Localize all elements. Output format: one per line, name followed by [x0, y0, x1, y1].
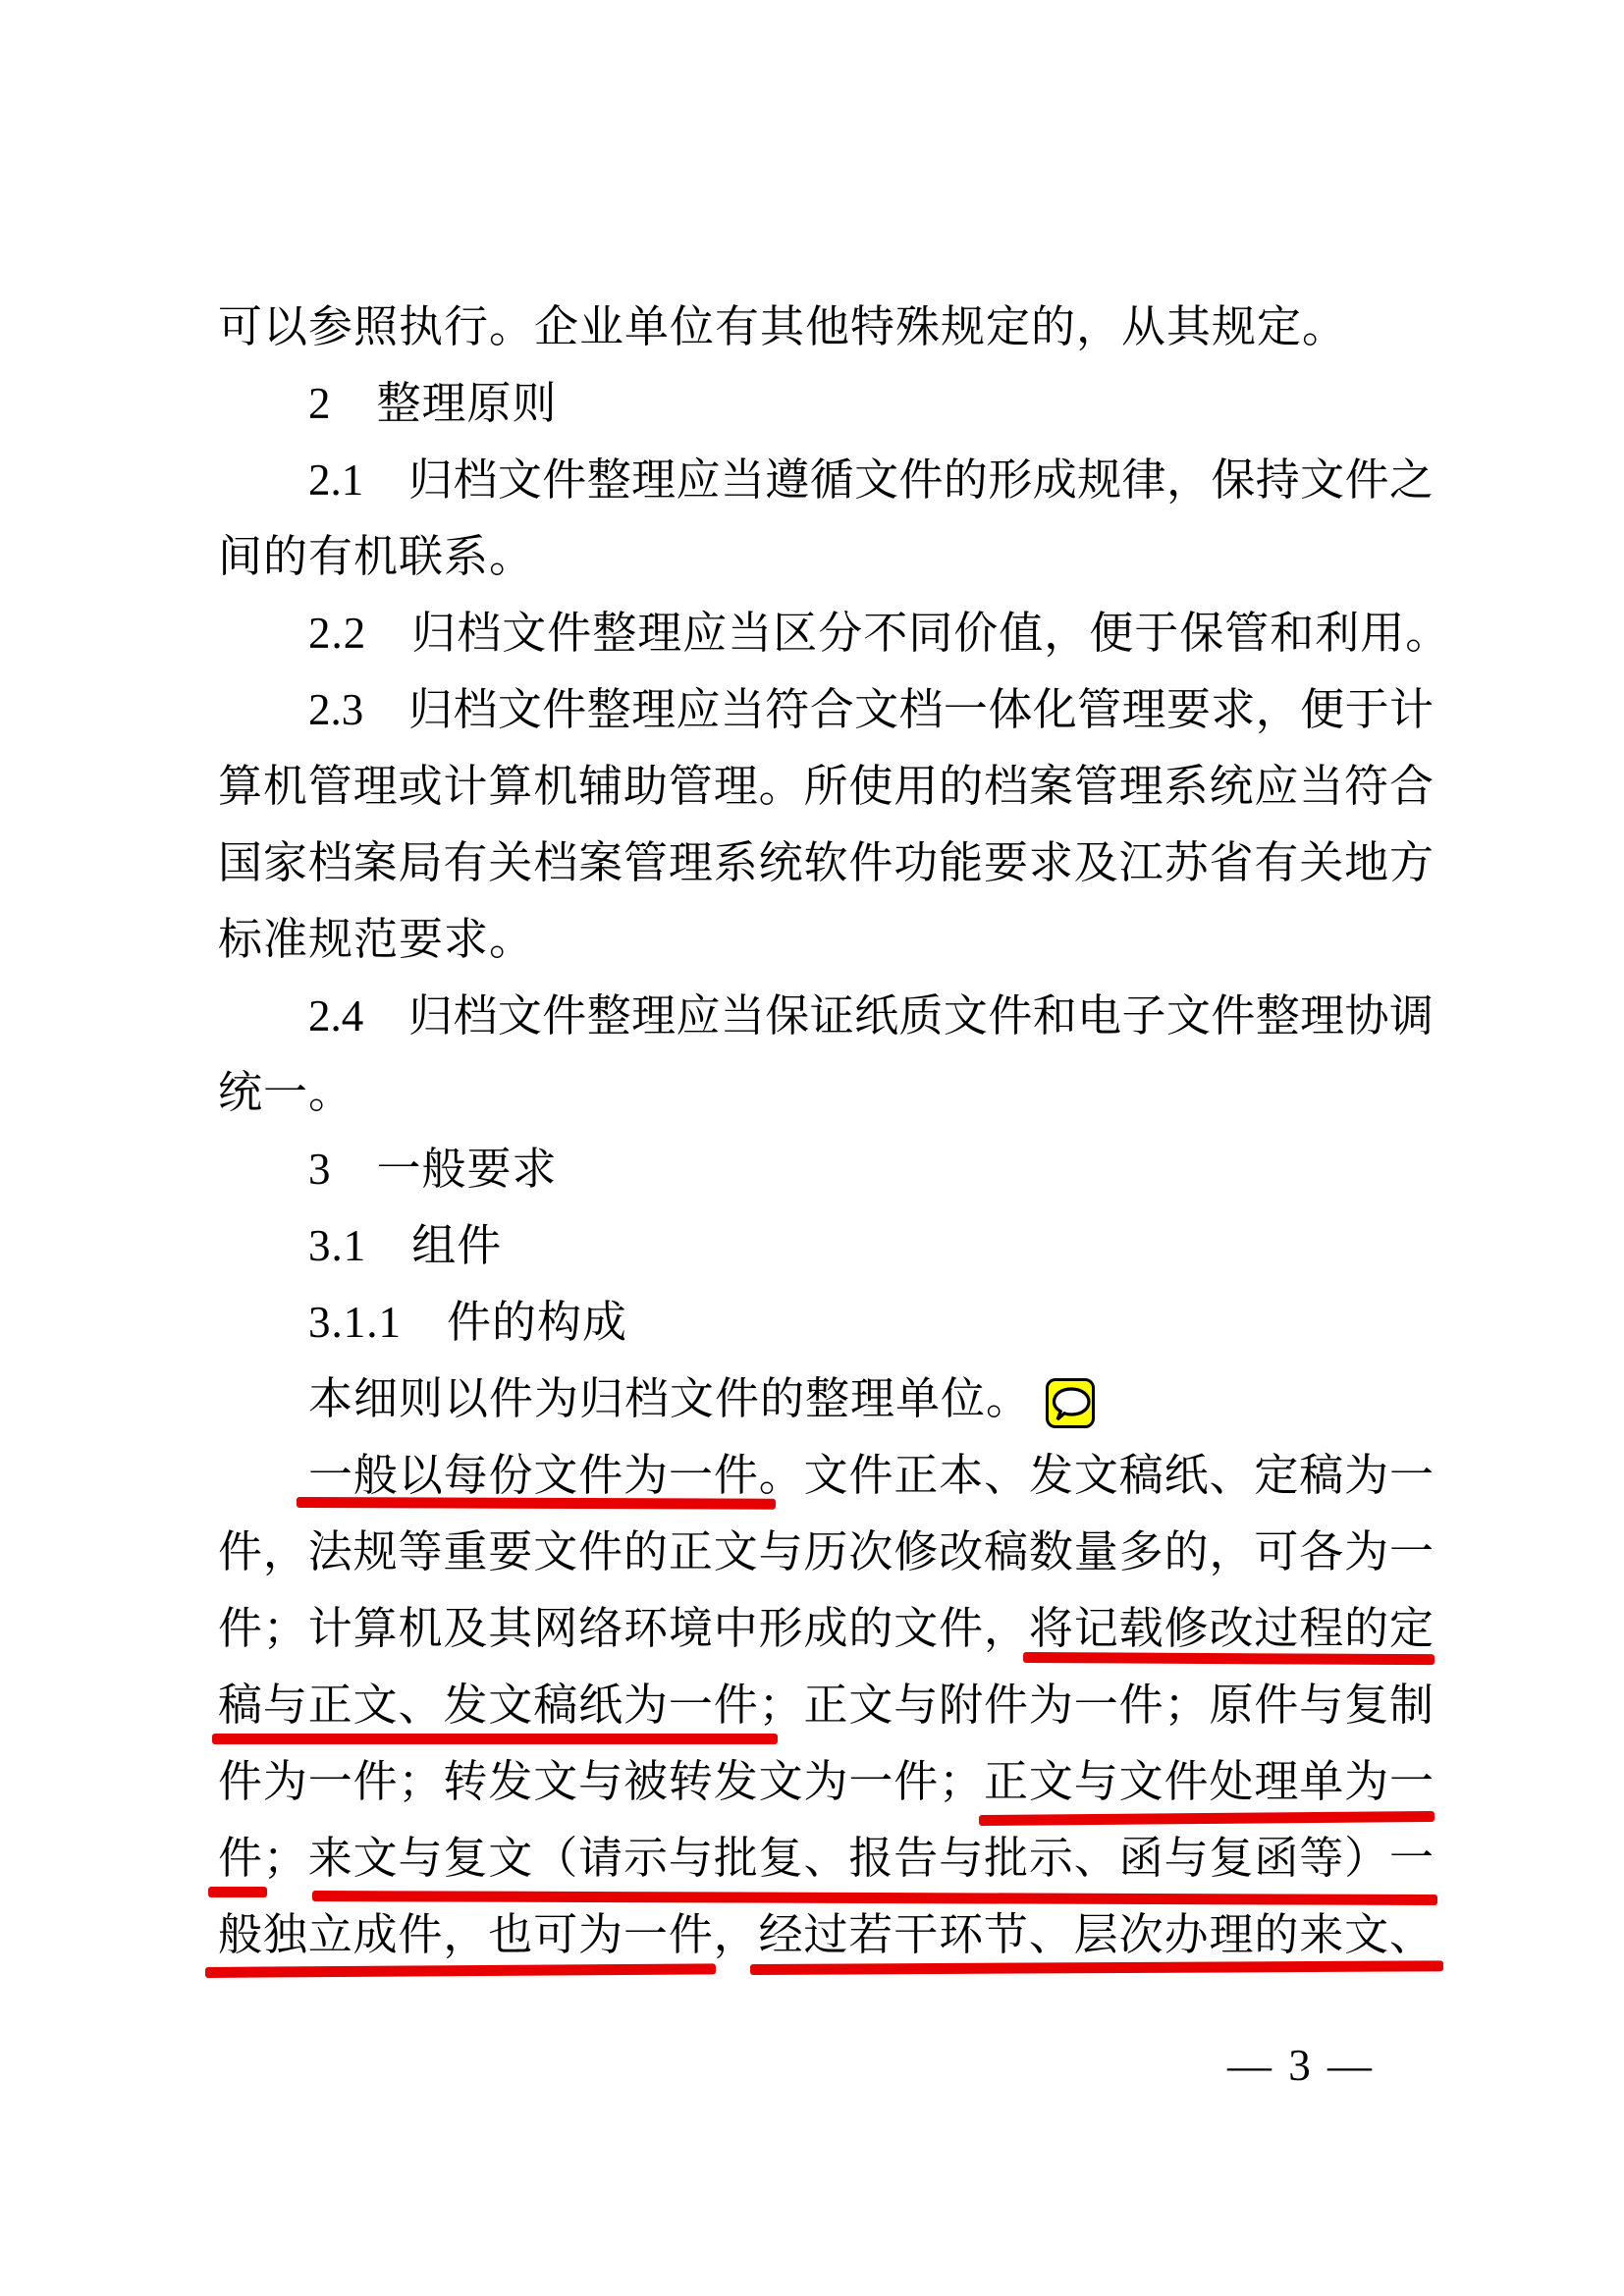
body-text-line: 可以参照执行。企业单位有其他特殊规定的，从其规定。 — [218, 289, 1434, 365]
heading-line: 2 整理原则 — [218, 365, 1434, 442]
body-text-line: 2.4 归档文件整理应当保证纸质文件和电子文件整理协调 — [218, 978, 1434, 1054]
line-text: 本细则以件为归档文件的整理单位。 — [308, 1374, 1031, 1423]
line-text: 件；计算机及其网络环境中形成的文件，将记载修改过程的定 — [218, 1604, 1434, 1653]
line-text: 般独立成件，也可为一件，经过若干环节、层次办理的来文、 — [218, 1910, 1434, 1959]
page-number: — 3 — — [1227, 2041, 1434, 2090]
body-text-line: 国家档案局有关档案管理系统软件功能要求及江苏省有关地方 — [218, 825, 1434, 901]
document-page: — 3 — 可以参照执行。企业单位有其他特殊规定的，从其规定。2 整理原则2.1… — [0, 0, 1624, 2296]
body-text-line: 2.1 归档文件整理应当遵循文件的形成规律，保持文件之 — [218, 442, 1434, 518]
line-text: 2.1 归档文件整理应当遵循文件的形成规律，保持文件之 — [308, 455, 1434, 505]
speech-bubble-icon — [1050, 1383, 1093, 1426]
line-text: 间的有机联系。 — [218, 532, 534, 581]
body-text-line: 统一。 — [218, 1054, 1434, 1131]
body-text-line: 2.3 归档文件整理应当符合文档一体化管理要求，便于计 — [218, 671, 1434, 748]
line-text: 2.2 归档文件整理应当区分不同价值，便于保管和利用。 — [308, 609, 1450, 658]
red-underline — [1023, 1652, 1435, 1665]
body-text-line: 标准规范要求。 — [218, 901, 1434, 978]
line-text: 统一。 — [218, 1068, 353, 1117]
line-text: 件，法规等重要文件的正文与历次修改稿数量多的，可各为一 — [218, 1527, 1434, 1576]
body-text-line: 本细则以件为归档文件的整理单位。 — [218, 1361, 1434, 1437]
line-text: 3.1.1 件的构成 — [308, 1298, 627, 1347]
body-text-line: 件；来文与复文（请示与批复、报告与批示、函与复函等）一 — [218, 1820, 1434, 1896]
heading-line: 3 一般要求 — [218, 1131, 1434, 1207]
heading-line: 3.1 组件 — [218, 1207, 1434, 1284]
body-text-line: 件，法规等重要文件的正文与历次修改稿数量多的，可各为一 — [218, 1514, 1434, 1590]
line-text: 件；来文与复文（请示与批复、报告与批示、函与复函等）一 — [218, 1834, 1434, 1883]
body-text-line: 2.2 归档文件整理应当区分不同价值，便于保管和利用。 — [218, 595, 1434, 671]
red-underline — [297, 1497, 776, 1510]
line-text: 可以参照执行。企业单位有其他特殊规定的，从其规定。 — [218, 302, 1347, 351]
line-text: 件为一件；转发文与被转发文为一件；正文与文件处理单为一 — [218, 1757, 1434, 1806]
comment-icon[interactable] — [1046, 1378, 1095, 1428]
red-underline — [205, 1963, 716, 1978]
body-text-line: 间的有机联系。 — [218, 518, 1434, 595]
line-text: 稿与正文、发文稿纸为一件；正文与附件为一件；原件与复制 — [218, 1681, 1434, 1730]
line-text: 算机管理或计算机辅助管理。所使用的档案管理系统应当符合 — [218, 762, 1434, 811]
red-underline — [212, 1734, 778, 1744]
heading-line: 3.1.1 件的构成 — [218, 1284, 1434, 1361]
line-text: 2.4 归档文件整理应当保证纸质文件和电子文件整理协调 — [308, 991, 1434, 1041]
line-text: 2.3 归档文件整理应当符合文档一体化管理要求，便于计 — [308, 685, 1434, 734]
line-text: 2 整理原则 — [308, 379, 558, 428]
line-text: 3 一般要求 — [308, 1145, 558, 1194]
line-text: 一般以每份文件为一件。文件正本、发文稿纸、定稿为一 — [308, 1451, 1434, 1500]
line-text: 3.1 组件 — [308, 1221, 502, 1270]
line-text: 标准规范要求。 — [218, 915, 534, 964]
body-text-line: 件为一件；转发文与被转发文为一件；正文与文件处理单为一 — [218, 1743, 1434, 1820]
red-underline — [208, 1887, 267, 1897]
body-text-line: 稿与正文、发文稿纸为一件；正文与附件为一件；原件与复制 — [218, 1667, 1434, 1743]
line-text: 国家档案局有关档案管理系统软件功能要求及江苏省有关地方 — [218, 838, 1434, 887]
body-text-line: 算机管理或计算机辅助管理。所使用的档案管理系统应当符合 — [218, 748, 1434, 825]
